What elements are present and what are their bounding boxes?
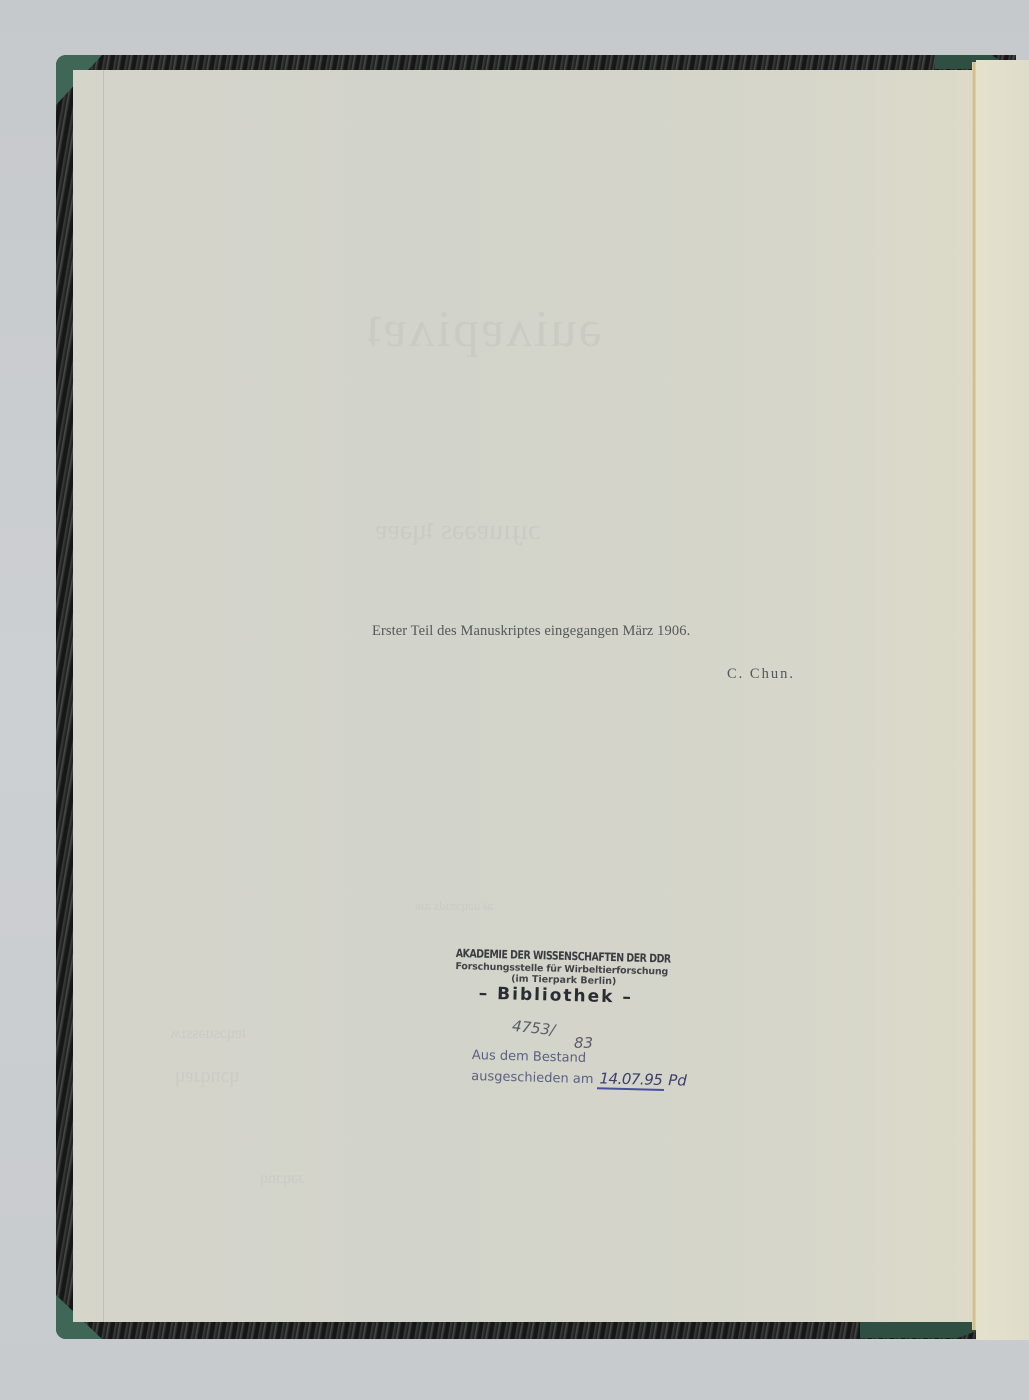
editor-signature: C. Chun. [727,666,795,683]
bleed-through-text: ʇɐɥɔsuǝssıʍ [170,1025,246,1043]
bleed-through-subtitle: ɔıɟıuɐǝǝs ʇɥǝɐɐ [375,515,541,547]
bleed-through-line: ǝʇ uǝɥɔɐɹds ǝɹɐ [415,898,493,914]
library-stamp: AKADEMIE DER WISSENSCHAFTEN DER DDR Fors… [455,946,696,1009]
withdrawal-initials: Pd [668,1071,687,1089]
inventory-year-handwritten: 83 [574,1034,593,1052]
withdrawal-stamp: Aus dem Bestand ausgeschieden am14.07.95… [471,1048,688,1092]
page-fold-line [103,70,104,1322]
bleed-through-title: ǝuiʌɐpiʌɐʇ [365,300,602,359]
book-page [73,70,975,1322]
withdrawal-label: ausgeschieden am [471,1069,594,1087]
bleed-through-text: ɥɔnqɹɐɥ [175,1065,239,1088]
manuscript-receipt-note: Erster Teil des Manuskriptes eingegangen… [372,623,690,640]
bleed-through-text: ɹǝɥɔnq [260,1170,304,1188]
withdrawal-date: 14.07.95 [597,1069,664,1091]
facing-page-edge [976,60,1029,1340]
book-gutter [972,62,976,1330]
